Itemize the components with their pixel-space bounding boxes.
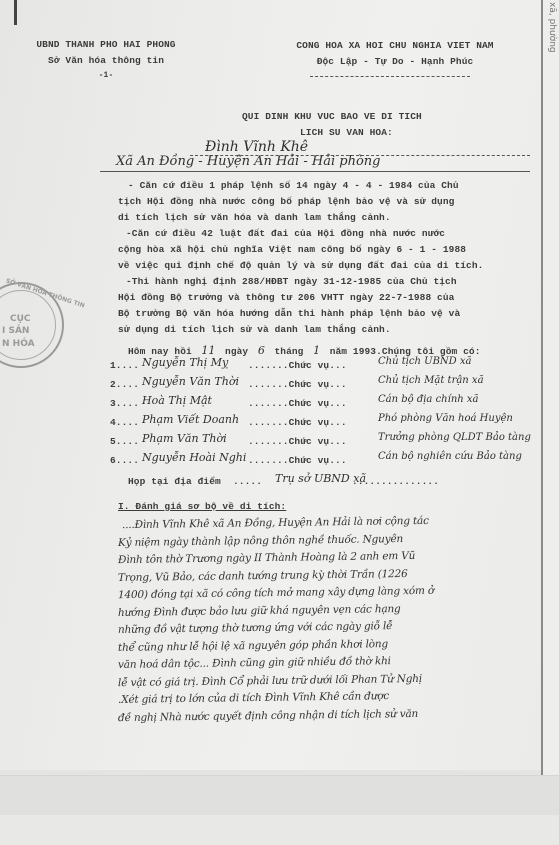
meeting-day: 6 [258,344,265,357]
paragraph-line: tịch Hội đồng nhà nước công bố pháp lệnh… [118,196,454,207]
location-line [100,171,530,172]
binder-mark [14,0,17,25]
member-position: Cán bộ nghiên cứu Bảo tàng [378,451,522,462]
page-fold [0,775,559,816]
stamp-line: I SẢN [2,326,29,336]
day-label: ngày [225,346,248,357]
paragraph-line: về việc qui định chế độ quản lý và sử dụ… [118,260,483,271]
position-label: .......Chức vụ... [248,455,347,466]
national-motto: Độc Lập - Tự Do - Hạnh Phúc [270,56,520,67]
member-name: Phạm Văn Thời [142,432,227,445]
member-name: Nguyễn Thị Mỵ [142,356,228,369]
issuing-department: Sở Văn hóa thông tin [26,55,186,66]
position-label: .......Chức vụ... [248,436,347,447]
paragraph-line: Bộ trưởng Bộ văn hóa hướng dẫn thi hành … [118,308,460,319]
paragraph-line: di tích lịch sử văn hóa và danh lam thắn… [118,212,391,223]
member-number: 6.... [110,455,139,466]
member-number: 5.... [110,436,139,447]
paragraph-line: cộng hòa xã hội chủ nghĩa Việt nam công … [118,244,466,255]
national-title: CONG HOA XA HOI CHU NGHIA VIET NAM [270,40,520,51]
section-heading: I. Đánh giá sơ bộ về di tích: [118,501,286,512]
position-label: .......Chức vụ... [248,417,347,428]
position-label: .......Chức vụ... [248,379,347,390]
venue-trailing-dots: ............... [352,476,439,487]
position-label: .......Chức vụ... [248,360,347,371]
member-position: Chủ tịch UBND xã [378,356,471,367]
background-surface [0,815,559,845]
document-title: QUI DINH KHU VUC BAO VE DI TICH [242,111,422,122]
member-name: Hoà Thị Mật [142,394,212,407]
paragraph-line: -Căn cứ điều 42 luật đất đai của Hội đồn… [126,228,445,239]
member-position: Chủ tịch Mặt trận xã [378,375,484,386]
document-subtitle: LICH SU VAN HOA: [300,127,393,138]
member-number: 1.... [110,360,139,371]
month-label: tháng [274,346,303,357]
margin-note: xã, phường [547,2,557,53]
member-name: Phạm Viết Doanh [142,413,239,426]
venue-label: Họp tại địa điểm [128,476,221,487]
site-location: Xã An Đồng - Huyện An Hải - Hải phòng [116,154,380,169]
year-label: năm 1993. [330,346,382,357]
paragraph-line: - Căn cứ điều 1 pháp lệnh số 14 ngày 4 -… [128,180,459,191]
member-number: 3.... [110,398,139,409]
issuing-authority: UBND THANH PHO HAI PHONG [26,39,186,50]
member-number: 4.... [110,417,139,428]
member-name: Nguyễn Văn Thời [142,375,239,388]
member-position: Trưởng phòng QLDT Bảo tàng [378,432,531,443]
meeting-month: 1 [313,344,320,357]
stamp-line: CỤC [10,314,31,324]
position-label: .......Chức vụ... [248,398,347,409]
member-position: Cán bộ địa chính xã [378,394,478,405]
member-position: Phó phòng Văn hoá Huyện [378,413,513,424]
paragraph-line: -Thi hành nghị định 288/HĐBT ngày 31-12-… [126,276,457,287]
motto-divider [310,76,470,77]
site-name: Đình Vĩnh Khê [205,139,308,155]
venue-dots: ..... [233,476,262,487]
document-number: -1- [26,71,186,80]
paragraph-line: Hội đồng Bộ trưởng và thông tư 206 VHTT … [118,292,454,303]
member-number: 2.... [110,379,139,390]
paragraph-line: sử dụng di tích lịch sử và danh lam thắn… [118,324,391,335]
stamp-line: N HÓA [2,339,35,349]
member-name: Nguyễn Hoài Nghi [142,451,246,464]
adjacent-page [543,0,559,845]
